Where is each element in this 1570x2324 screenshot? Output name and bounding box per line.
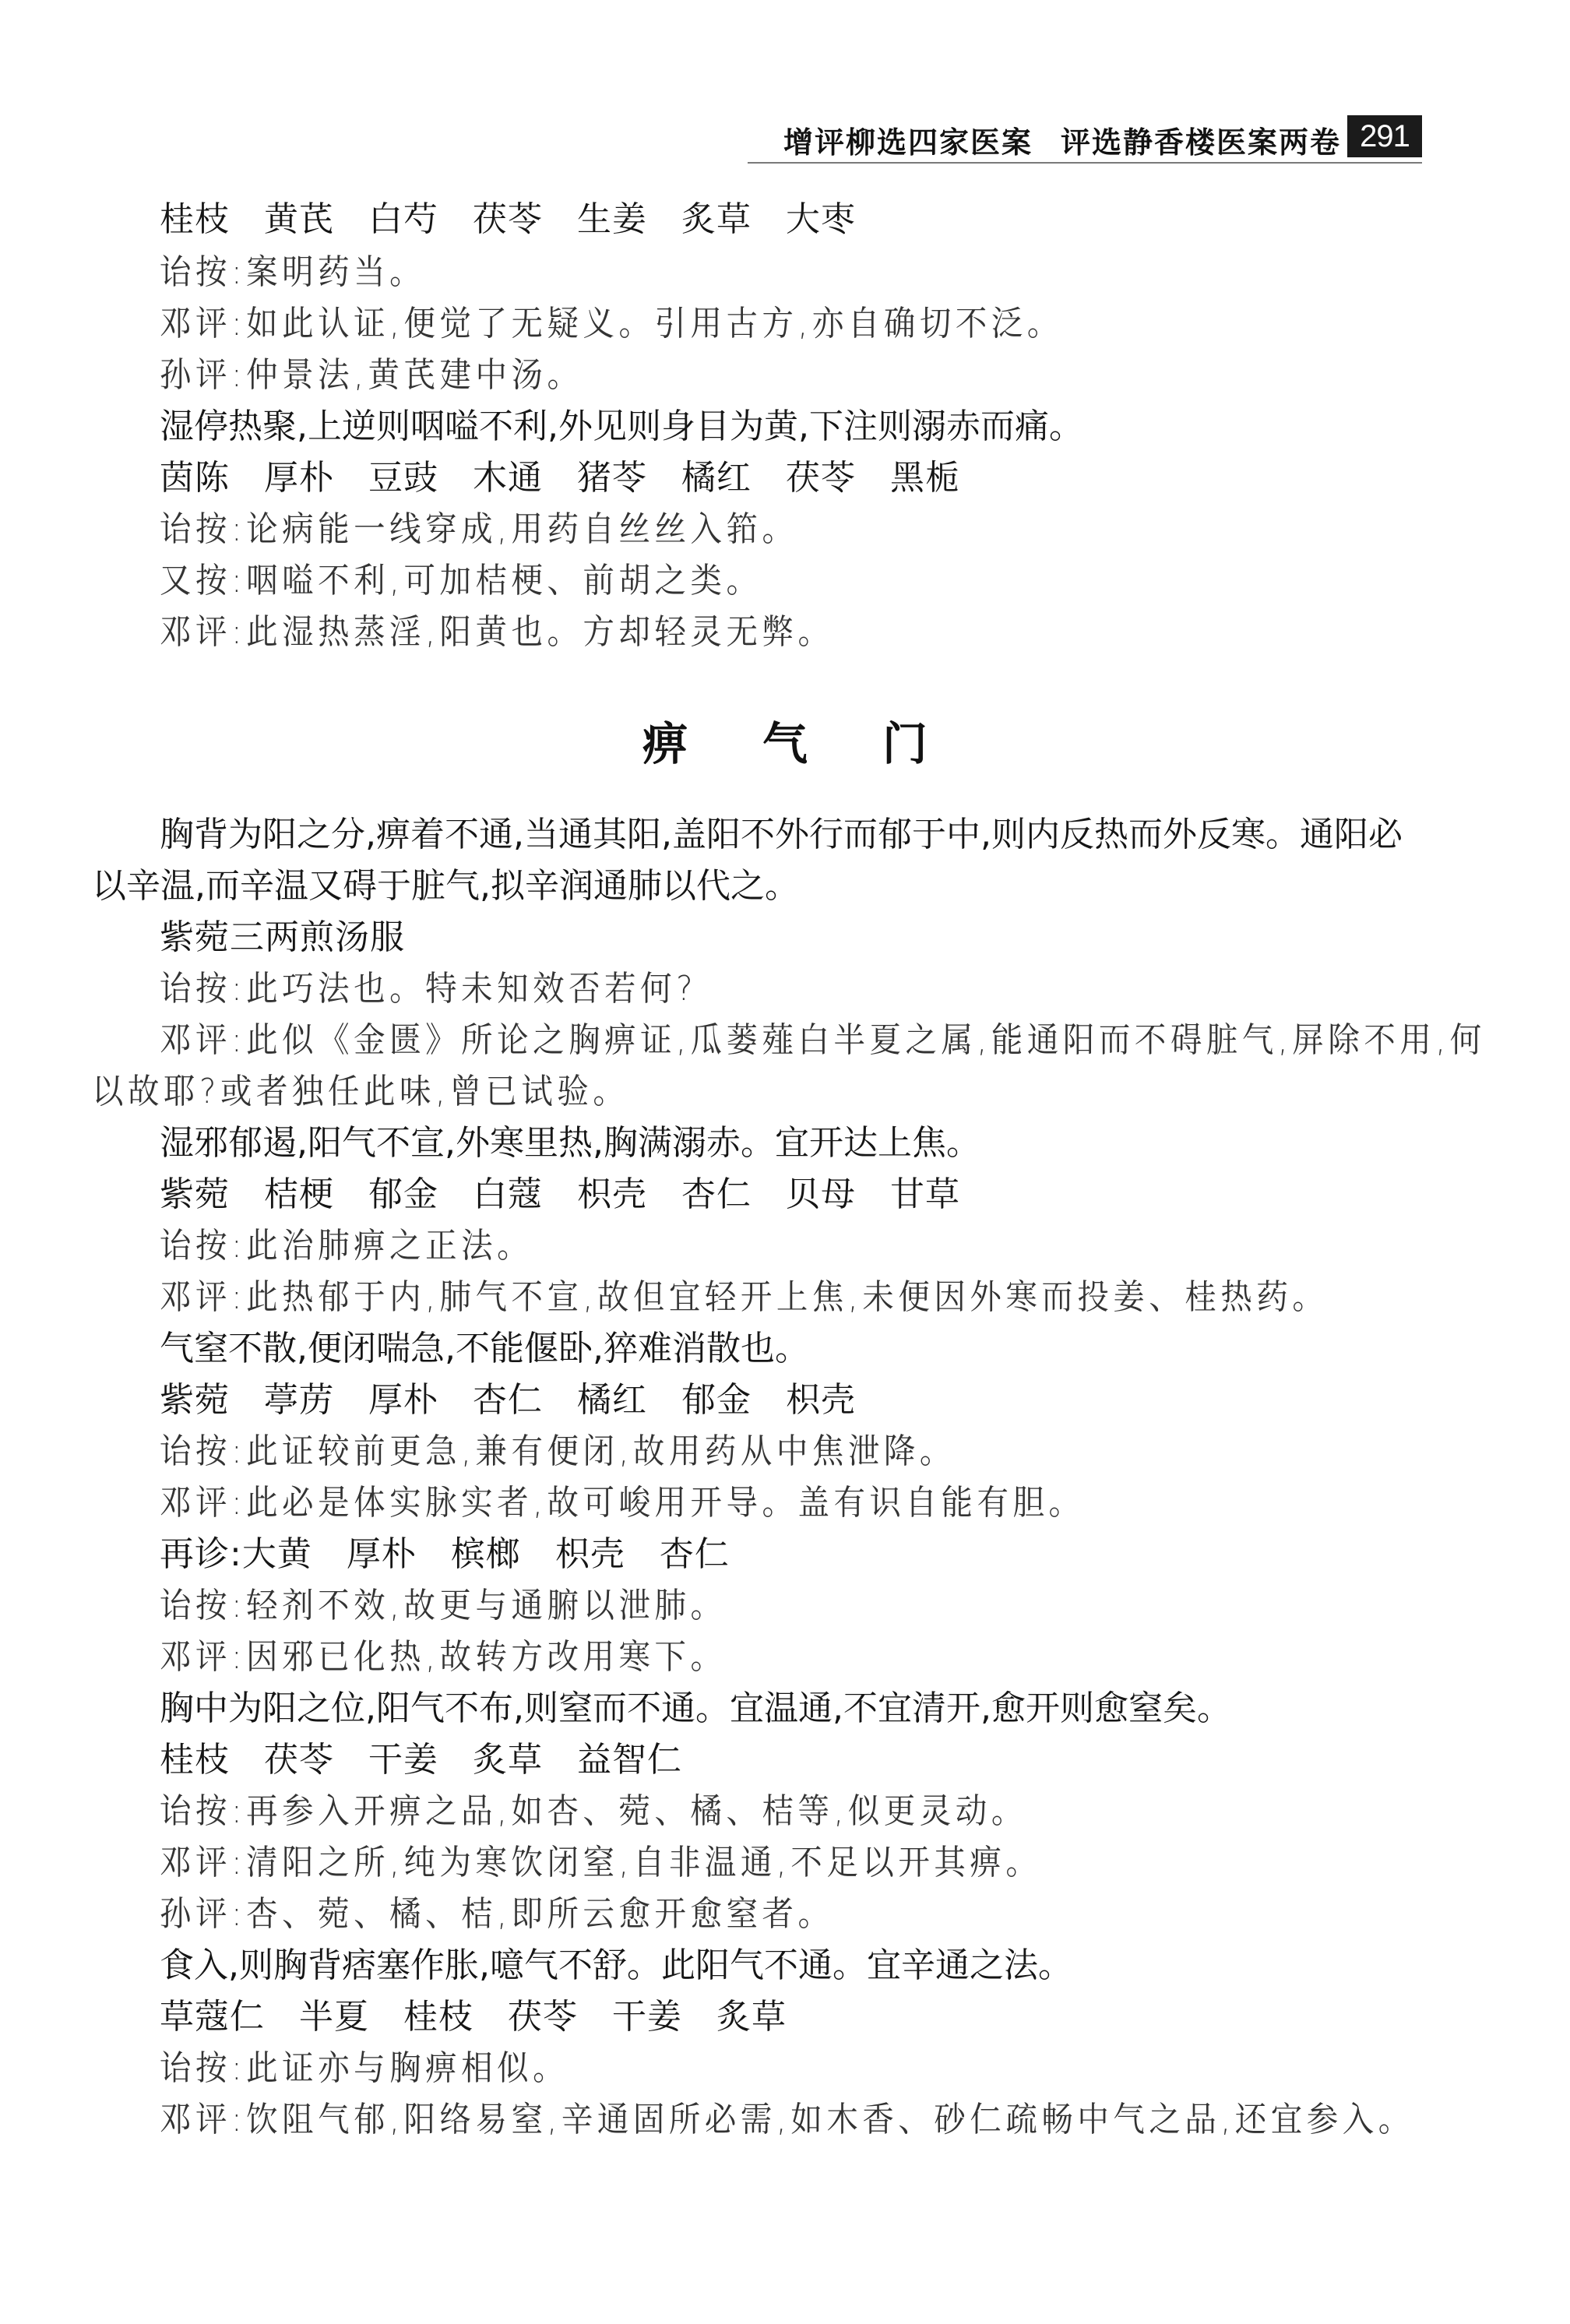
herb: 桂枝 xyxy=(160,1738,230,1782)
commentary-line: 邓评:如此认证,便觉了无疑义。引用古方,亦自确切不泛。 xyxy=(160,302,1063,346)
herb: 大枣 xyxy=(786,198,856,241)
herb: 甘草 xyxy=(890,1173,960,1217)
herb: 紫菀 xyxy=(160,1379,230,1422)
herb: 厚朴 xyxy=(368,1379,438,1422)
case-description: 湿邪郁遏,阳气不宣,外寒里热,胸满溺赤。宜开达上焦。 xyxy=(160,1122,980,1165)
revisit-prescription-line: 再诊:大黄厚朴槟榔枳壳杏仁 xyxy=(160,1533,764,1576)
commentary-line: 孙评:杏、菀、橘、桔,即所云愈开愈窒者。 xyxy=(160,1893,834,1936)
prescription-line: 茵陈厚朴豆豉木通猪苓橘红茯苓黑栀 xyxy=(160,456,994,500)
herb: 枳壳 xyxy=(555,1533,625,1576)
prescription-line: 紫菀三两煎汤服 xyxy=(160,916,405,960)
herb: 紫菀 xyxy=(160,1173,230,1217)
header-rule xyxy=(748,162,1422,164)
prescription-line: 紫菀葶苈厚朴杏仁橘红郁金枳壳 xyxy=(160,1379,890,1422)
case-description: 湿停热聚,上逆则咽嗌不利,外见则身目为黄,下注则溺赤而痛。 xyxy=(160,405,1083,449)
herb: 半夏 xyxy=(299,1995,369,2039)
prescription-line: 桂枝黄芪白芍茯苓生姜炙草大枣 xyxy=(160,198,890,241)
prescription-line: 紫菀桔梗郁金白蔻枳壳杏仁贝母甘草 xyxy=(160,1173,994,1217)
herb: 炙草 xyxy=(681,198,752,241)
herb: 猪苓 xyxy=(577,456,647,500)
page-number: 291 xyxy=(1347,115,1422,157)
herb: 槟榔 xyxy=(451,1533,521,1576)
herb: 白蔻 xyxy=(473,1173,543,1217)
commentary-line: 邓评:此湿热蒸淫,阳黄也。方却轻灵无弊。 xyxy=(160,611,834,654)
commentary-line: 诒按:论病能一线穿成,用药自丝丝入筘。 xyxy=(160,508,798,551)
commentary-line: 诒按:轻剂不效,故更与通腑以泄肺。 xyxy=(160,1584,727,1628)
commentary-line: 邓评:因邪已化热,故转方改用寒下。 xyxy=(160,1636,727,1679)
commentary-line: 邓评:此似《金匮》所论之胸痹证,瓜蒌薤白半夏之属,能通阳而不碍脏气,屏除不用,何 xyxy=(160,1019,1486,1062)
commentary-line: 以故耶?或者独任此味,曾已试验。 xyxy=(92,1070,628,1114)
running-header: 增评柳选四家医案评选静香楼医案两卷 291 xyxy=(0,115,1422,164)
commentary-line: 邓评:饮阻气郁,阳络易窒,辛通固所必需,如木香、砂仁疏畅中气之品,还宜参入。 xyxy=(160,2098,1414,2142)
prescription-line: 草蔻仁半夏桂枝茯苓干姜炙草 xyxy=(160,1995,821,2039)
herb: 郁金 xyxy=(368,1173,438,1217)
herb: 茯苓 xyxy=(264,1738,334,1782)
herb: 杏仁 xyxy=(660,1533,730,1576)
intro-paragraph-line: 以辛温,而辛温又碍于脏气,拟辛润通肺以代之。 xyxy=(92,864,799,908)
herb: 桂枝 xyxy=(403,1995,473,2039)
commentary-line: 诒按:此证较前更急,兼有便闭,故用药从中焦泄降。 xyxy=(160,1430,956,1474)
herb: 炙草 xyxy=(473,1738,543,1782)
herb: 厚朴 xyxy=(347,1533,417,1576)
herb: 茵陈 xyxy=(160,456,230,500)
herb: 生姜 xyxy=(577,198,647,241)
herb: 桂枝 xyxy=(160,198,230,241)
herb: 杏仁 xyxy=(473,1379,543,1422)
case-description: 气窒不散,便闭喘急,不能偃卧,猝难消散也。 xyxy=(160,1327,809,1371)
prescription-line: 桂枝茯苓干姜炙草益智仁 xyxy=(160,1738,716,1782)
herb: 橘红 xyxy=(681,456,752,500)
herb: 贝母 xyxy=(786,1173,856,1217)
commentary-line: 诒按:此治肺痹之正法。 xyxy=(160,1224,533,1268)
herb: 干姜 xyxy=(612,1995,682,2039)
case-description: 胸中为阳之位,阳气不布,则窒而不通。宜温通,不宜清开,愈开则愈窒矣。 xyxy=(160,1687,1231,1731)
herb: 橘红 xyxy=(577,1379,647,1422)
case-description: 食入,则胸背痞塞作胀,噫气不舒。此阳气不通。宜辛通之法。 xyxy=(160,1944,1072,1988)
commentary-line: 又按:咽嗌不利,可加桔梗、前胡之类。 xyxy=(160,559,762,603)
commentary-line: 诒按:此巧法也。特未知效否若何? xyxy=(160,967,697,1011)
herb: 茯苓 xyxy=(786,456,856,500)
herb: 葶苈 xyxy=(264,1379,334,1422)
revisit-label: 再诊: xyxy=(160,1533,242,1576)
commentary-line: 孙评:仲景法,黄芪建中汤。 xyxy=(160,354,583,397)
commentary-line: 诒按:案明药当。 xyxy=(160,251,425,294)
intro-paragraph-line: 胸背为阳之分,痹着不通,当通其阳,盖阳不外行而郁于中,则内反热而外反寒。通阳必 xyxy=(160,813,1403,857)
herb: 益智仁 xyxy=(577,1738,682,1782)
herb: 茯苓 xyxy=(473,198,543,241)
commentary-line: 邓评:此热郁于内,肺气不宣,故但宜轻开上焦,未便因外寒而投姜、桂热药。 xyxy=(160,1276,1328,1319)
herb: 黑栀 xyxy=(890,456,960,500)
herb: 炙草 xyxy=(716,1995,787,2039)
commentary-line: 诒按:此证亦与胸痹相似。 xyxy=(160,2047,569,2090)
herb: 郁金 xyxy=(681,1379,752,1422)
herb: 茯苓 xyxy=(508,1995,578,2039)
herb: 草蔻仁 xyxy=(160,1995,265,2039)
section-title: 痹气门 xyxy=(0,707,1570,773)
herb: 木通 xyxy=(473,456,543,500)
herb: 黄芪 xyxy=(264,198,334,241)
commentary-line: 诒按:再参入开痹之品,如杏、菀、橘、桔等,似更灵动。 xyxy=(160,1790,1027,1833)
herb: 桔梗 xyxy=(264,1173,334,1217)
section-subtitle: 评选静香楼医案两卷 xyxy=(1061,125,1341,160)
commentary-line: 邓评:清阳之所,纯为寒饮闭窒,自非温通,不足以开其痹。 xyxy=(160,1841,1041,1885)
herb: 干姜 xyxy=(368,1738,438,1782)
book-title: 增评柳选四家医案 xyxy=(783,125,1033,160)
herb: 厚朴 xyxy=(264,456,334,500)
herb: 白芍 xyxy=(368,198,438,241)
herb: 杏仁 xyxy=(681,1173,752,1217)
herb: 枳壳 xyxy=(786,1379,856,1422)
herb: 豆豉 xyxy=(368,456,438,500)
running-title: 增评柳选四家医案评选静香楼医案两卷 xyxy=(783,118,1341,161)
herb: 枳壳 xyxy=(577,1173,647,1217)
herb: 大黄 xyxy=(242,1533,312,1576)
commentary-line: 邓评:此必是体实脉实者,故可峻用开导。盖有识自能有胆。 xyxy=(160,1481,1085,1525)
